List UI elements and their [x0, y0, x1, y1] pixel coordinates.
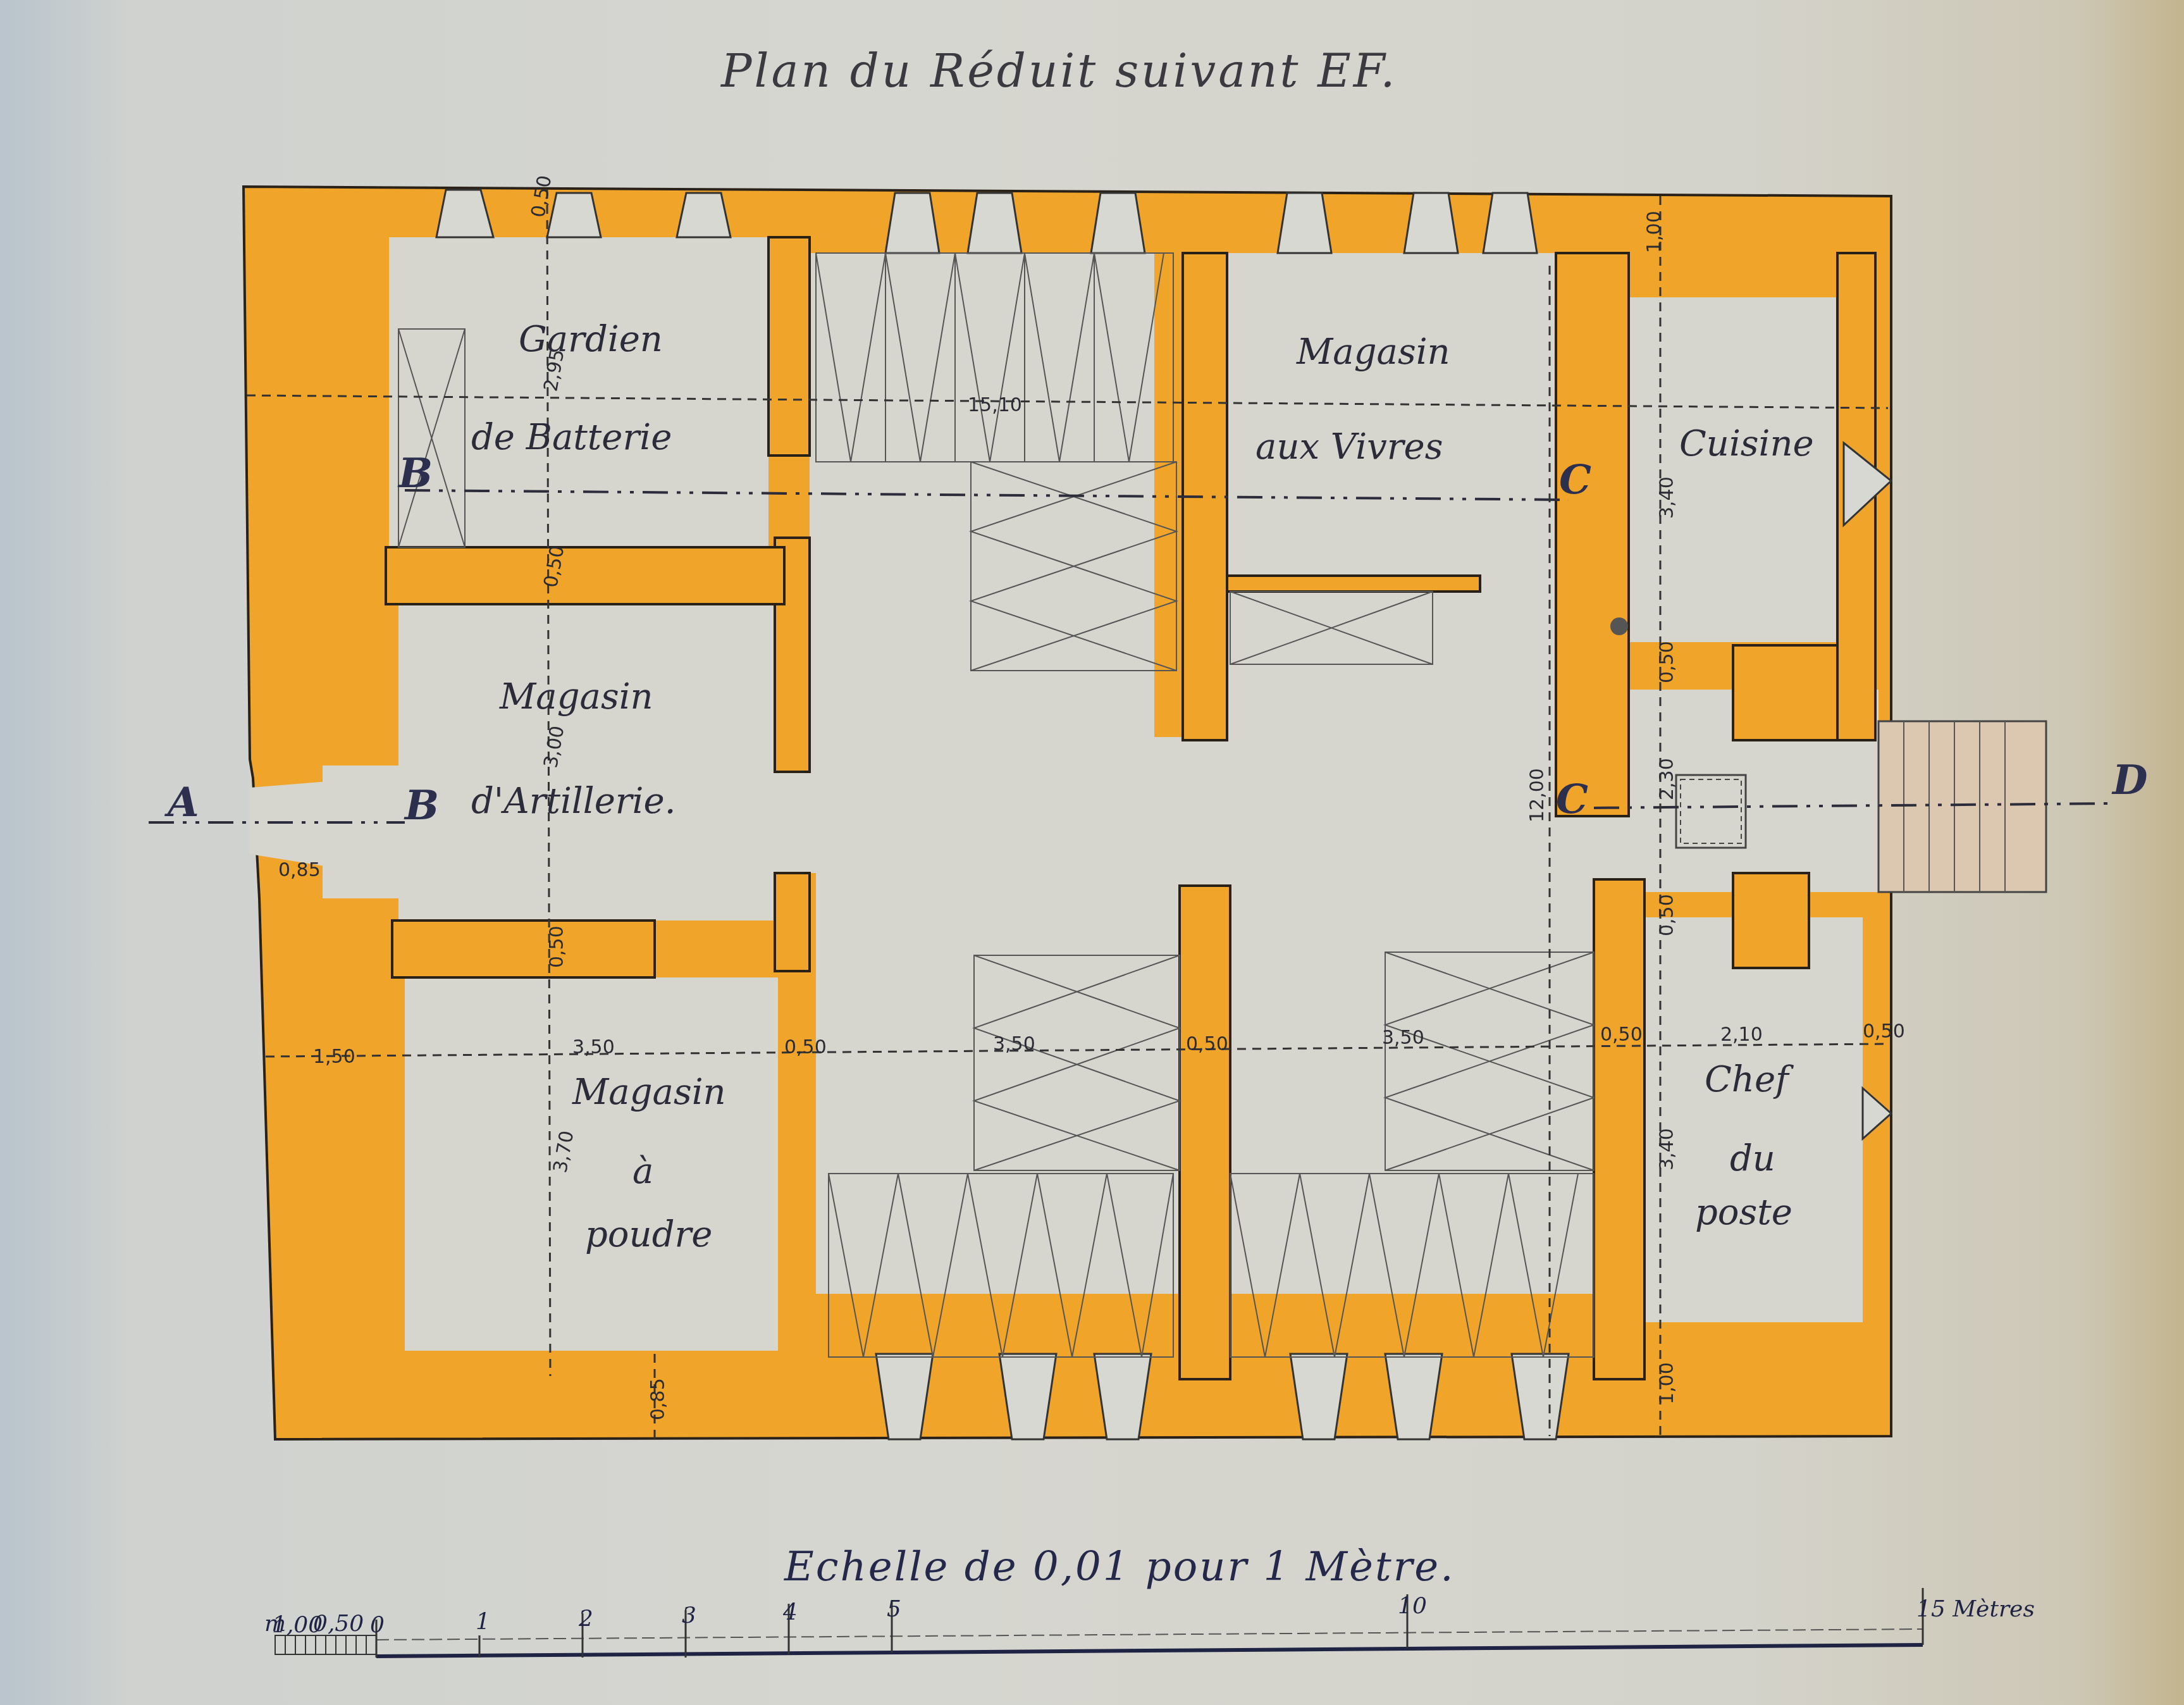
- floor-plan: Gardien de Batterie Magasin aux Vivres C…: [0, 0, 2184, 1705]
- scale-tick-0: 0: [370, 1612, 385, 1638]
- dim-wall-cuisine-corridor: 0,50: [1656, 641, 1678, 683]
- dim-wall-3: 0,50: [1600, 1024, 1643, 1046]
- drawing-sheet: Plan du Réduit suivant EF.: [0, 0, 2184, 1705]
- room-label-poudre-1: Magasin: [572, 1072, 726, 1113]
- entrance-passage: [250, 781, 329, 867]
- room-label-vivres-2: aux Vivres: [1255, 426, 1443, 468]
- stove-icon: [1610, 617, 1628, 635]
- dim-central-height: 12,00: [1526, 768, 1548, 822]
- dim-left-wall: 1,50: [313, 1046, 355, 1068]
- room-label-poudre-3: poudre: [585, 1214, 712, 1255]
- room-label-poudre-2: à: [632, 1151, 653, 1192]
- scale-tick-1: 1: [476, 1609, 490, 1635]
- dim-corridor-width: 2,30: [1656, 758, 1678, 800]
- scale-tick-0-50: 0,50: [313, 1611, 364, 1637]
- dim-overall-length: 15,10: [968, 394, 1022, 416]
- scale-caption: Echelle de 0,01 pour 1 Mètre.: [784, 1544, 1455, 1590]
- dim-bottom-wall-chef: 1,00: [1656, 1362, 1678, 1404]
- room-label-cuisine: Cuisine: [1679, 423, 1814, 464]
- section-letter-b-bottom: B: [404, 782, 439, 829]
- room-label-chef-3: poste: [1695, 1192, 1792, 1233]
- dim-chef-depth: 3,40: [1656, 1128, 1678, 1170]
- dim-bay-2: 3,50: [1382, 1027, 1424, 1049]
- room-label-chef-1: Chef: [1705, 1059, 1794, 1100]
- scale-tick-4: 4: [782, 1599, 798, 1625]
- dim-wall-1: 0,50: [784, 1036, 827, 1058]
- scale-tick-2: 2: [578, 1606, 593, 1632]
- scale-bar: m 1,00 0,50 0 1 2 3 4 5 10 15 Mètres: [264, 1588, 2035, 1658]
- dim-bay-1: 3,50: [993, 1033, 1035, 1055]
- section-letter-c-top: C: [1559, 456, 1591, 504]
- dim-entrance-wall: 0,85: [278, 859, 321, 881]
- section-letter-c-bottom: C: [1556, 776, 1588, 823]
- dim-bottom-wall-poudre: 0,85: [647, 1378, 669, 1420]
- room-label-vivres-1: Magasin: [1296, 332, 1450, 373]
- room-label-chef-2: du: [1730, 1138, 1775, 1179]
- scale-tick-3: 3: [682, 1603, 696, 1628]
- room-label-artillerie-2: d'Artillerie.: [471, 781, 676, 822]
- room-label-artillerie-1: Magasin: [499, 676, 653, 717]
- scale-tick-10: 10: [1398, 1593, 1427, 1619]
- dim-cuisine-depth: 3,40: [1656, 476, 1678, 519]
- section-letter-b-top: B: [397, 450, 433, 497]
- room-poudre: [405, 977, 778, 1351]
- dim-poudre-width: 3,50: [572, 1036, 615, 1058]
- dim-wall-right: 0,50: [1863, 1020, 1905, 1043]
- dim-wall-2: 0,50: [1186, 1033, 1228, 1055]
- section-letter-a: A: [164, 779, 199, 826]
- dim-wall-corridor-chef: 0,50: [1656, 894, 1678, 936]
- dim-top-wall-right: 1,00: [1643, 211, 1665, 253]
- dim-wall-artillerie-poudre: 0,50: [546, 926, 568, 968]
- scale-end-label: 15 Mètres: [1916, 1596, 2035, 1622]
- staircase: [1879, 721, 2046, 892]
- scale-tick-5: 5: [887, 1596, 901, 1622]
- room-label-gardien-2: de Batterie: [471, 417, 672, 458]
- room-chef: [1644, 917, 1863, 1322]
- room-label-gardien-1: Gardien: [519, 319, 663, 360]
- dim-chef-width: 2,10: [1720, 1024, 1763, 1046]
- section-letter-d: D: [2111, 757, 2148, 804]
